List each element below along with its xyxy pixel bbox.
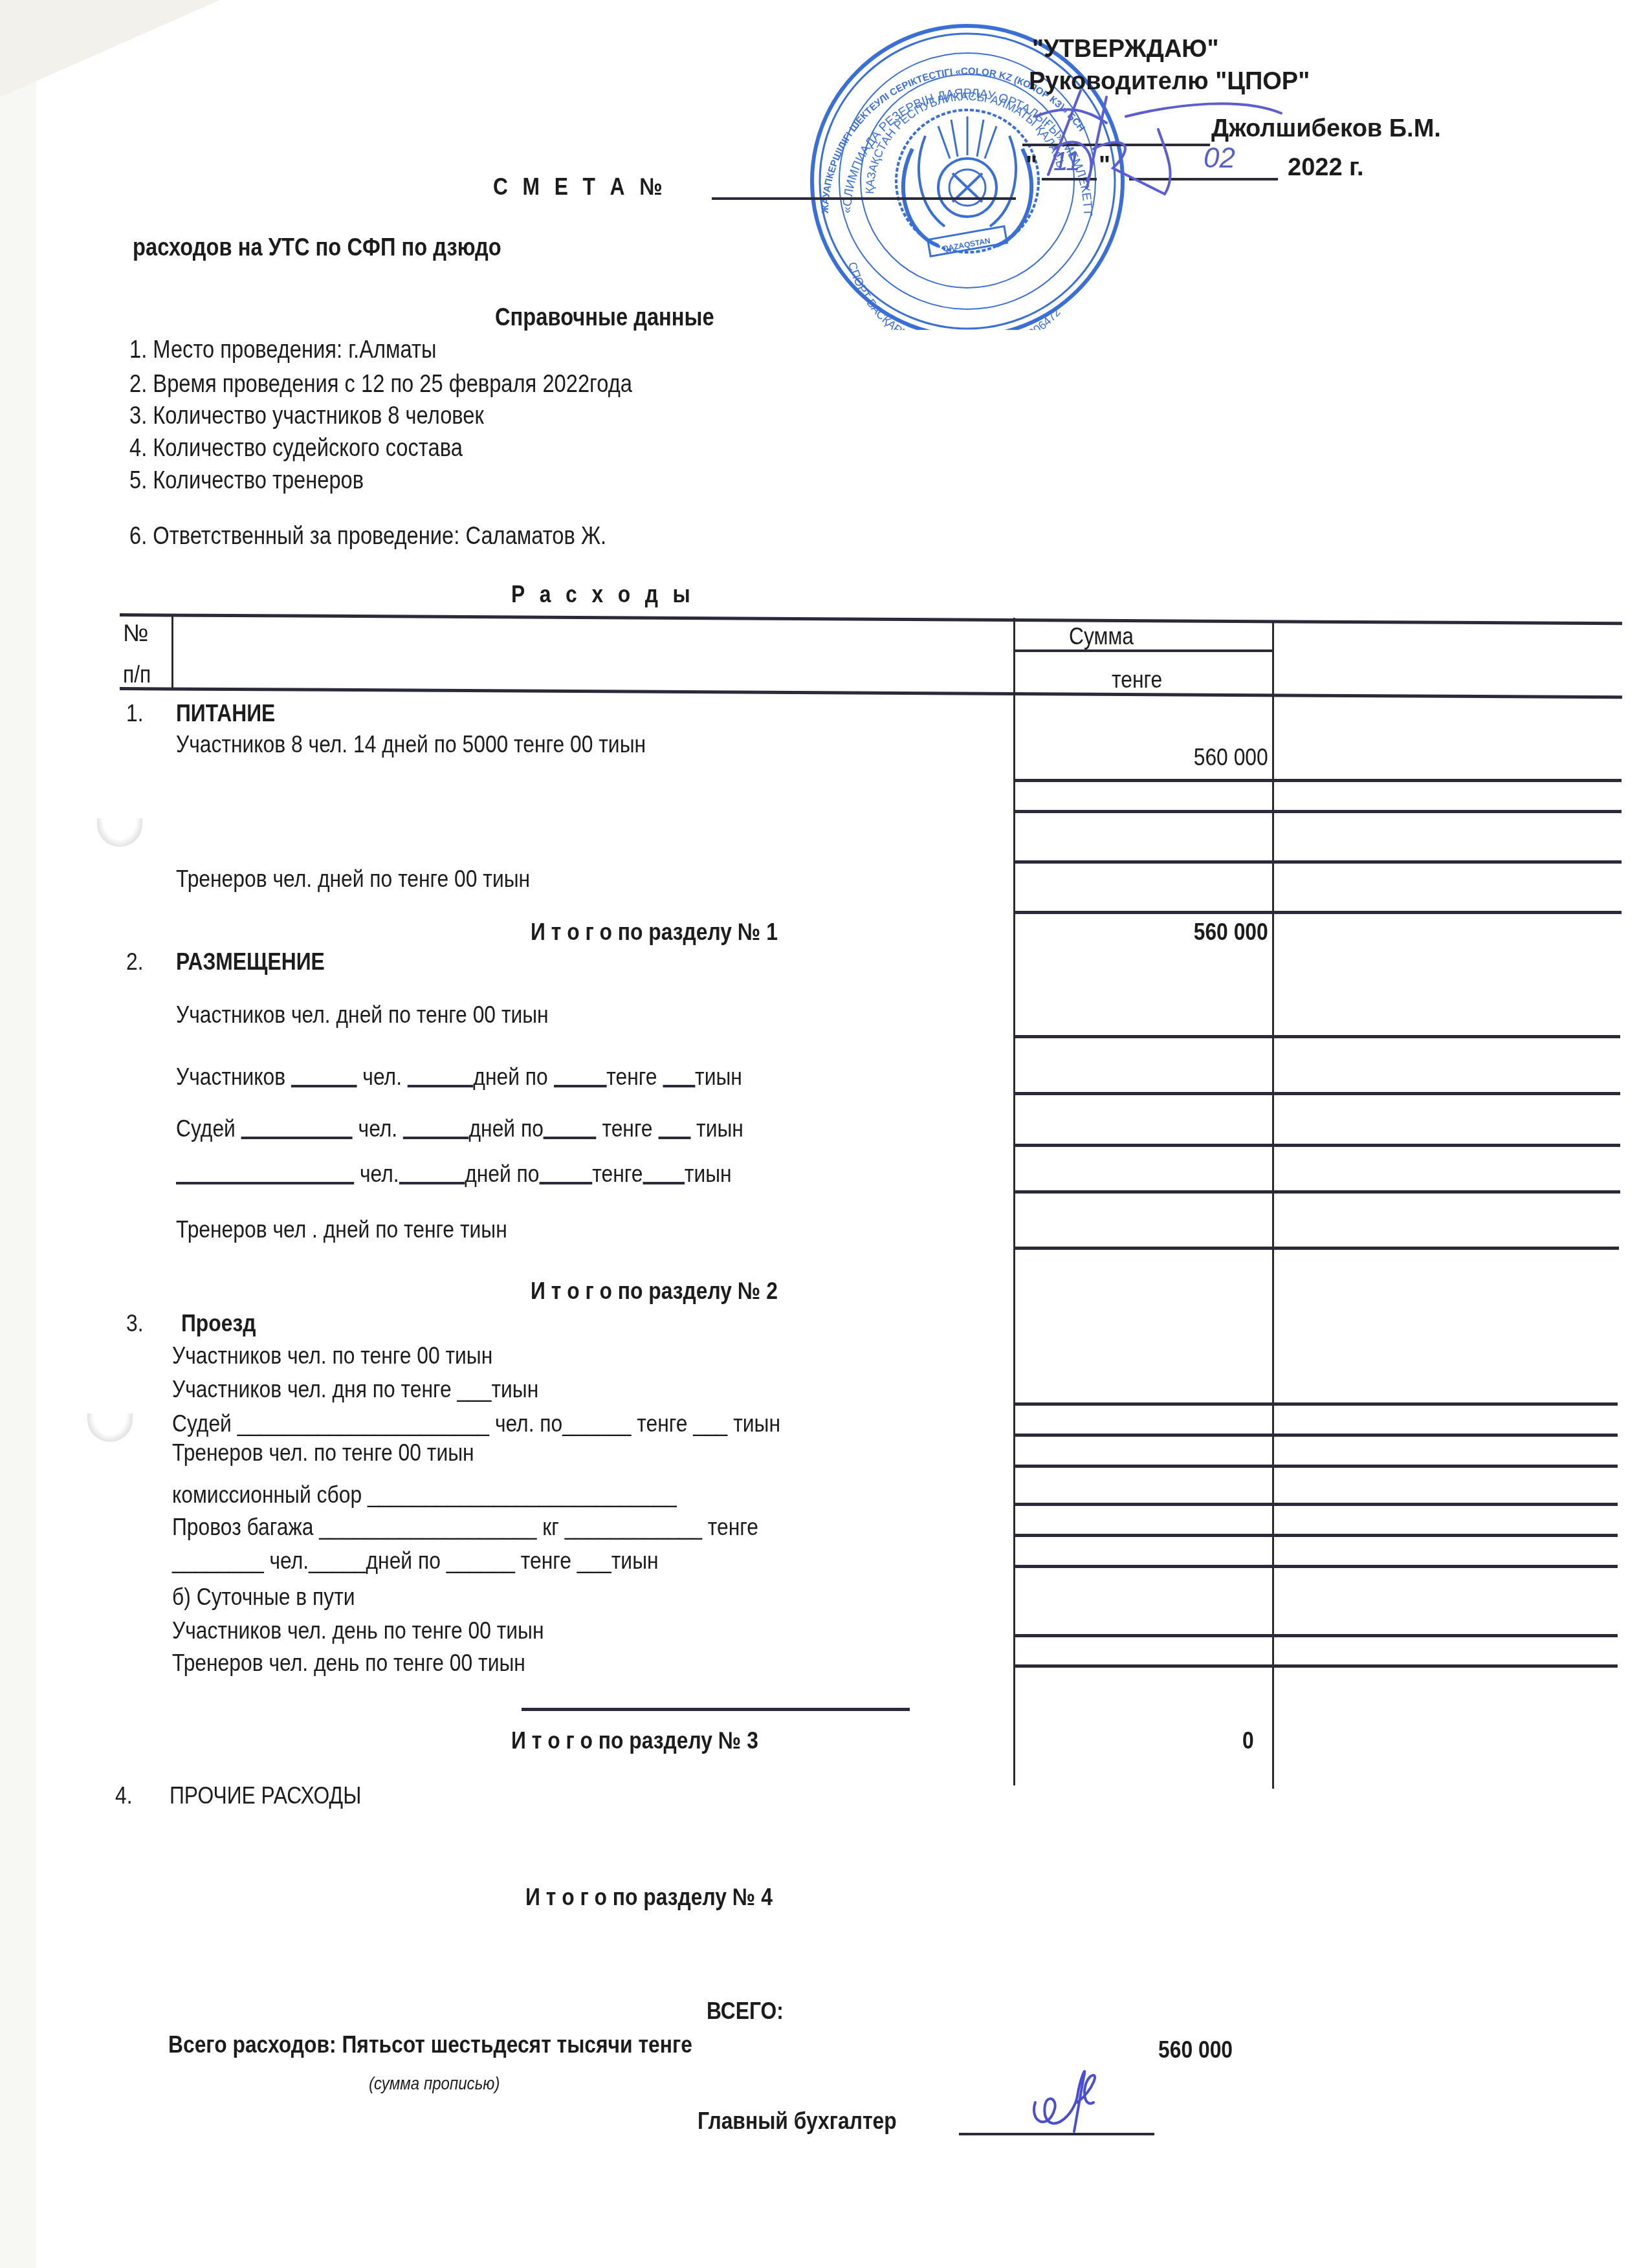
expense-line: Участников чел. по тенге 00 тиын bbox=[172, 1342, 545, 1369]
reference-item: 6. Ответственный за проведение: Саламато… bbox=[129, 523, 684, 551]
row-rule bbox=[1015, 1190, 1620, 1194]
row-rule bbox=[1015, 779, 1622, 782]
expense-line: Тренеров чел . дней по тенге тиын bbox=[176, 1216, 561, 1243]
document-title: С М Е Т А № bbox=[493, 173, 695, 201]
row-rule bbox=[1015, 1634, 1618, 1637]
expense-line: Участников 8 чел. 14 дней по 5000 тенге … bbox=[176, 731, 722, 758]
expense-line: Судей чел. дней по тенге тиын bbox=[176, 1113, 836, 1142]
grand-total-words: Всего расходов: Пятьсот шестьдесят тысяч… bbox=[168, 2031, 778, 2058]
folded-corner bbox=[0, 0, 220, 97]
expense-line: Тренеров чел. день по тенге 00 тиын bbox=[172, 1650, 583, 1677]
sum-header-bottom: тенге bbox=[1112, 666, 1171, 693]
punch-hole bbox=[97, 818, 142, 847]
section-title: Проезд bbox=[181, 1310, 268, 1337]
expense-line: Тренеров чел. дней по тенге 00 тиын bbox=[176, 866, 588, 893]
row-rule bbox=[1015, 1664, 1618, 1668]
section-title: РАЗМЕЩЕНИЕ bbox=[176, 948, 349, 976]
row-rule bbox=[1015, 810, 1622, 813]
row-rule bbox=[1015, 1144, 1620, 1147]
section-total-label: И т о г о по разделу № 3 bbox=[511, 1727, 798, 1754]
table-top-rule bbox=[120, 613, 1622, 625]
expense-line: б) Суточные в пути bbox=[172, 1584, 385, 1611]
section-total: 0 bbox=[1242, 1727, 1256, 1754]
expenses-heading: Р а с х о д ы bbox=[511, 581, 725, 608]
grand-total-amount: 560 000 bbox=[1158, 2036, 1245, 2064]
section-total: 560 000 bbox=[1182, 919, 1268, 946]
expense-line: Участников чел. дней по тенге 00 тиын bbox=[176, 1001, 609, 1029]
section-number: 3. bbox=[126, 1310, 146, 1337]
section-total-label: И т о г о по разделу № 4 bbox=[525, 1884, 813, 1911]
approve-label: "УТВЕРЖДАЮ" bbox=[1032, 36, 1219, 63]
accountant-label: Главный бухгалтер bbox=[698, 2108, 929, 2135]
table-header-bottom-rule bbox=[120, 687, 1622, 699]
sum-header-top: Сумма bbox=[1069, 623, 1144, 650]
reference-item: 1. Место проведения: г.Алматы bbox=[129, 336, 487, 364]
expense-line: Участников чел. дня по тенге ___тиын bbox=[172, 1376, 598, 1403]
expense-line: Провоз багажа ___________________ кг ___… bbox=[172, 1514, 853, 1541]
expense-line: Судей ______________________ чел. по____… bbox=[172, 1410, 879, 1437]
words-hint: (сумма прописью) bbox=[369, 2073, 521, 2094]
section-title: ПРОЧИЕ РАСХОДЫ bbox=[170, 1782, 393, 1809]
section-title: ПИТАНИЕ bbox=[176, 700, 291, 727]
section-total-rule bbox=[522, 1708, 910, 1711]
expense-line: комиссионный сбор ______________________… bbox=[172, 1481, 759, 1509]
row-rule bbox=[1015, 1465, 1618, 1468]
punch-hole bbox=[87, 1413, 133, 1442]
num-header-bottom: п/п bbox=[123, 661, 155, 688]
expense-line: Участников чел. дней по тенге тиын bbox=[176, 1061, 834, 1091]
scan-edge bbox=[0, 0, 36, 2268]
expense-line: Участников чел. день по тенге 00 тиын bbox=[172, 1617, 604, 1644]
row-rule bbox=[1015, 1092, 1620, 1095]
reference-item: 5. Количество тренеров bbox=[129, 467, 402, 495]
expense-amount: 560 000 bbox=[1182, 744, 1268, 771]
sum-col-left bbox=[1013, 618, 1015, 1785]
num-header-top: № bbox=[123, 620, 149, 647]
row-rule bbox=[1015, 1565, 1618, 1568]
svg-text:СПОРТ БАСҚАРМАСЫНЫҢ * БСН 0403: СПОРТ БАСҚАРМАСЫНЫҢ * БСН 040340006472 bbox=[846, 261, 1063, 330]
row-rule bbox=[1015, 1434, 1618, 1437]
row-rule bbox=[1015, 1247, 1619, 1250]
section-total-label: И т о г о по разделу № 1 bbox=[531, 919, 818, 946]
reference-item: 2. Время проведения с 12 по 25 февраля 2… bbox=[129, 371, 714, 398]
num-col-divider bbox=[171, 616, 173, 688]
director-signature bbox=[1009, 78, 1320, 207]
expense-line: чел.дней потенгетиын bbox=[176, 1158, 822, 1188]
reference-heading: Справочные данные bbox=[495, 304, 750, 332]
document-subtitle: расходов на УТС по СФП по дзюдо bbox=[133, 234, 562, 262]
sum-col-right bbox=[1272, 621, 1274, 1789]
section-number: 2. bbox=[126, 948, 146, 976]
accountant-signature bbox=[1022, 2057, 1113, 2141]
row-rule bbox=[1015, 1503, 1618, 1506]
row-rule bbox=[1015, 860, 1622, 864]
row-rule bbox=[1015, 911, 1622, 914]
expense-line: ________ чел._____дней по ______ тенге _… bbox=[172, 1547, 738, 1575]
row-rule bbox=[1015, 1534, 1618, 1537]
grand-total-heading: ВСЕГО: bbox=[707, 1998, 796, 2025]
estimate-number-line bbox=[712, 197, 1016, 200]
row-rule bbox=[1015, 1035, 1620, 1038]
row-rule bbox=[1015, 1402, 1618, 1406]
section-number: 4. bbox=[115, 1782, 135, 1809]
section-total-label: И т о г о по разделу № 2 bbox=[531, 1278, 818, 1305]
expense-line: Тренеров чел. по тенге 00 тиын bbox=[172, 1439, 523, 1467]
section-number: 1. bbox=[126, 700, 146, 727]
reference-item: 3. Количество участников 8 человек bbox=[129, 402, 542, 430]
reference-item: 4. Количество судейского состава bbox=[129, 435, 517, 463]
